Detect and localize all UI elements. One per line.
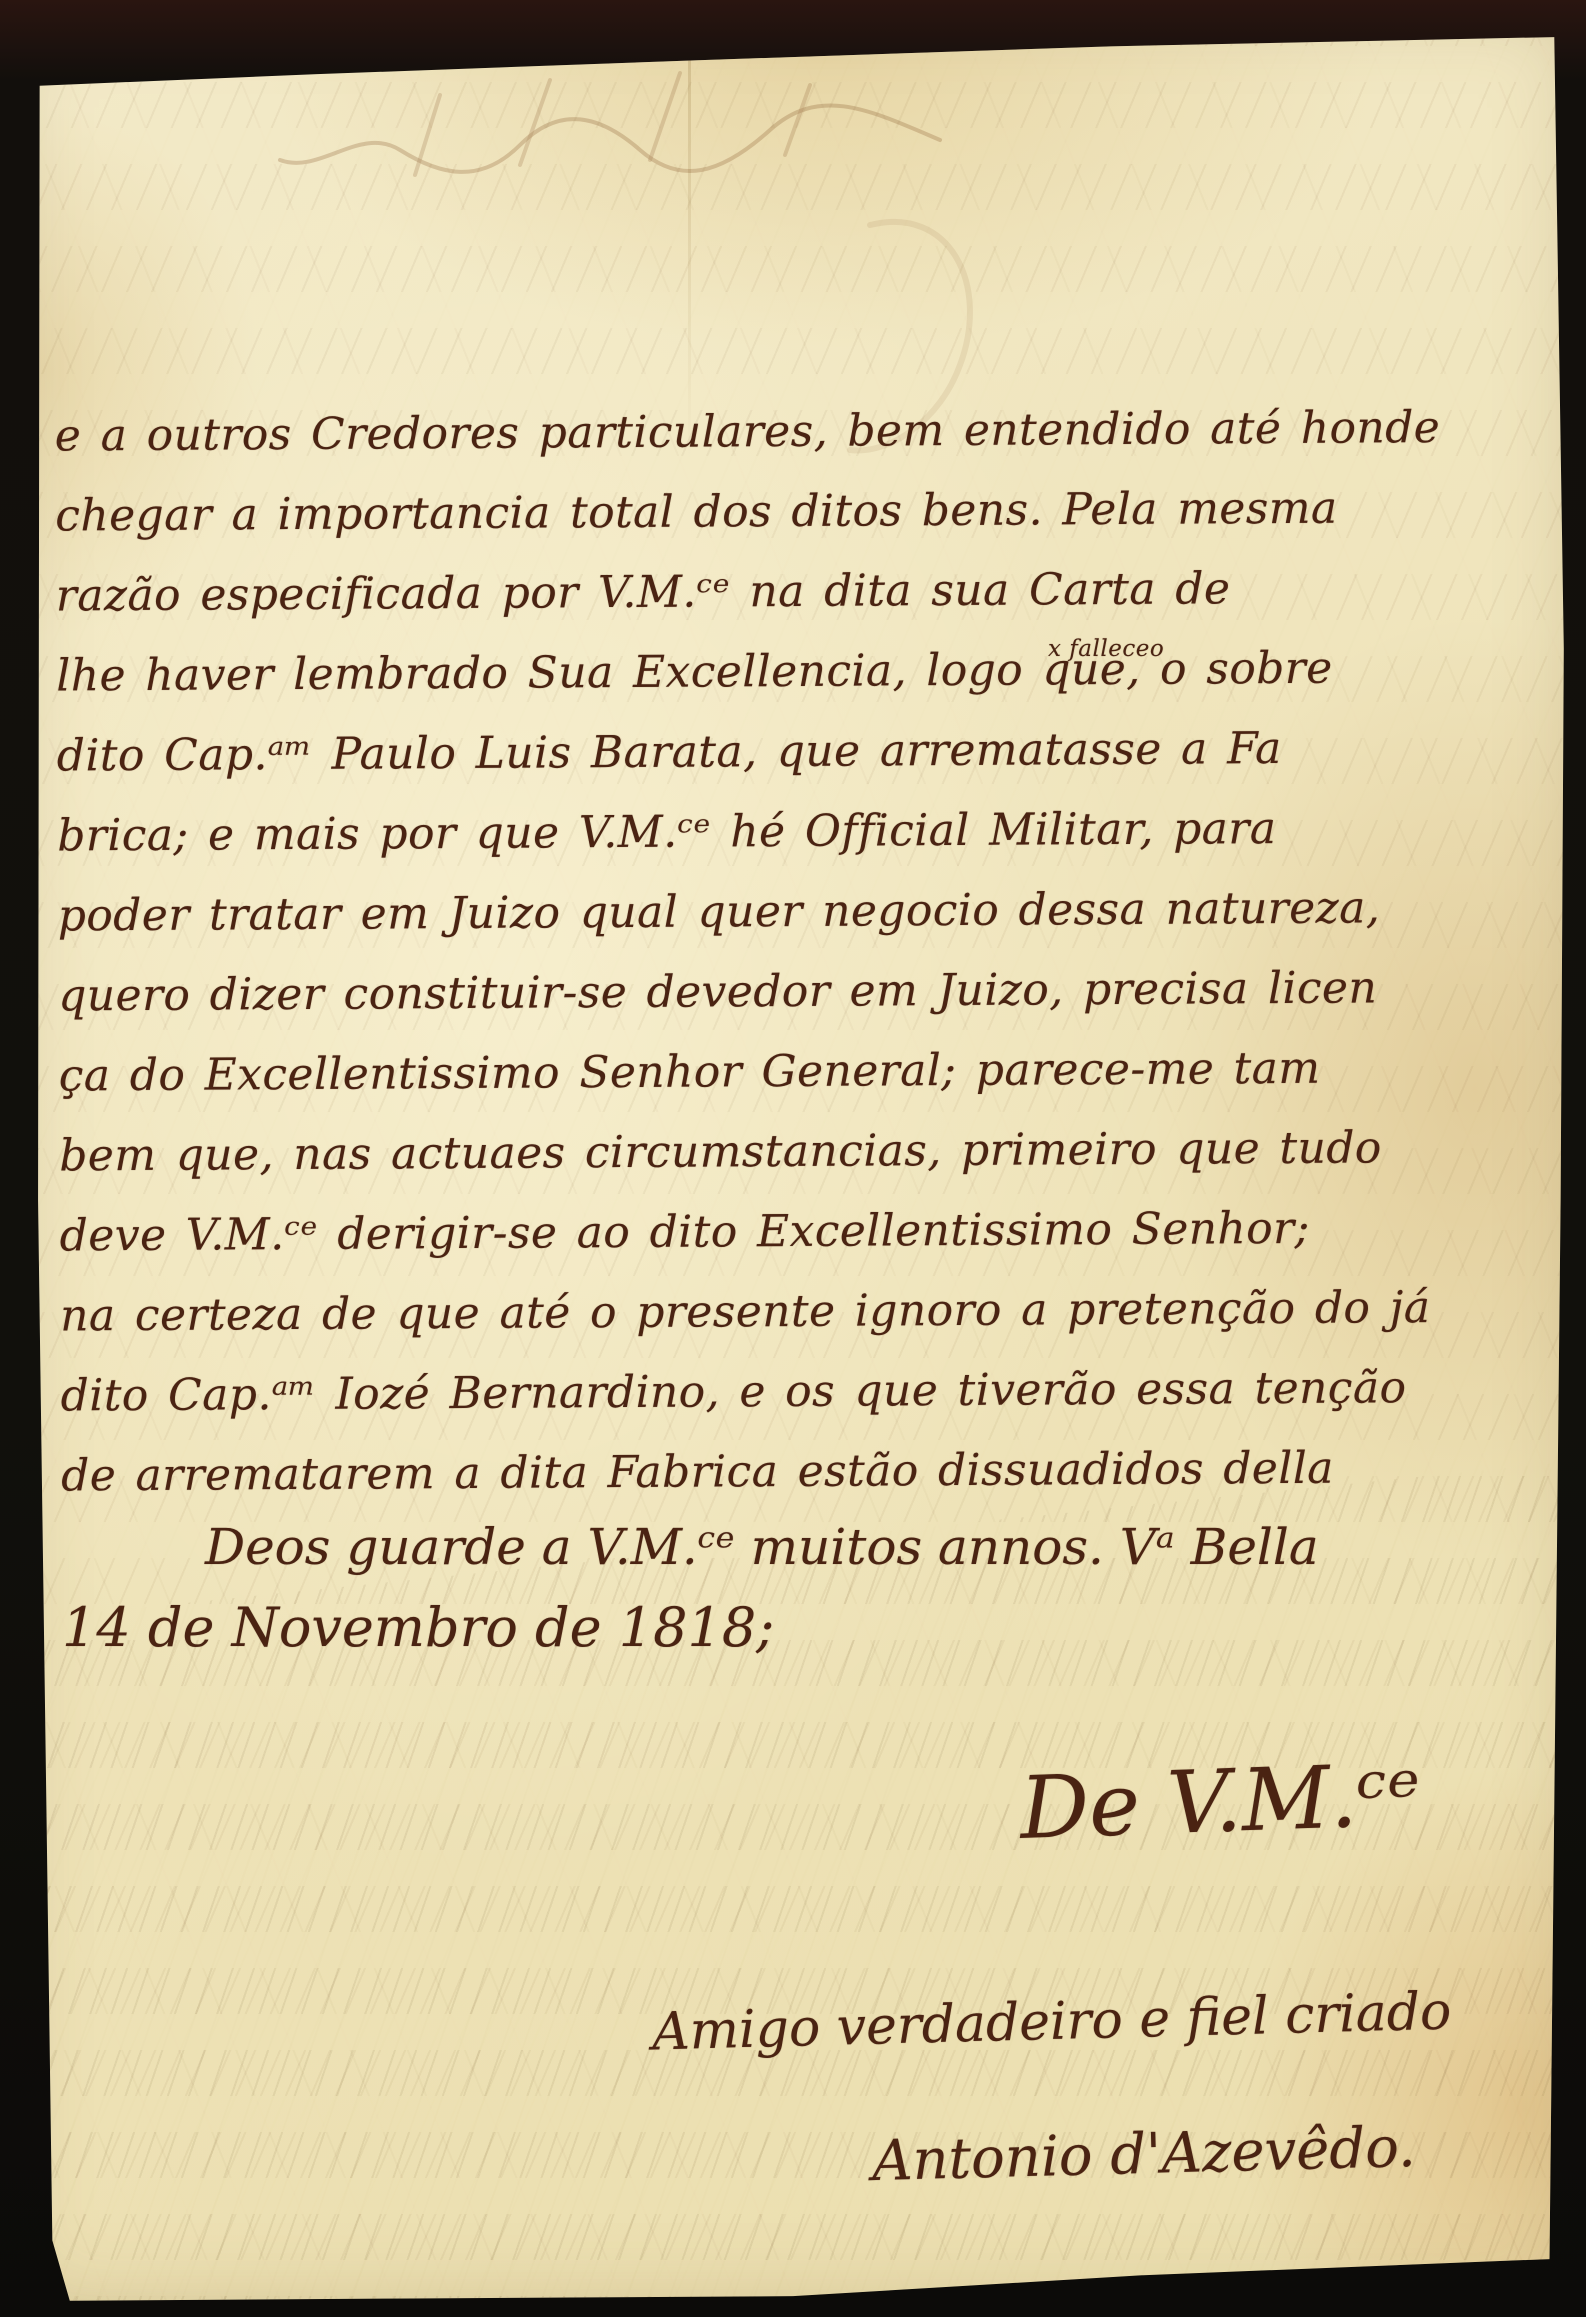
signature: Antonio d'Azevêdo. xyxy=(871,2115,1416,2194)
valediction-line: Deos guarde a V.M.ᶜᵉ muitos annos. Vᵃ Be… xyxy=(205,1518,1319,1576)
letter-line: na certeza de que até o presente ignoro … xyxy=(60,1268,1528,1357)
letter-body: e a outros Credores particulares, bem en… xyxy=(55,388,1530,1517)
letter-line: deve V.M.ᶜᵉ derigir-se ao dito Excellent… xyxy=(59,1188,1527,1277)
letter-line: chegar a importancia total dos ditos ben… xyxy=(55,468,1523,557)
letter-line: dito Cap.ᵃᵐ Iozé Bernardino, e os que ti… xyxy=(60,1348,1528,1437)
letter-line: brica; e mais por que V.M.ᶜᵉ hé Official… xyxy=(57,788,1525,877)
letter-line: bem que, nas actuaes circumstancias, pri… xyxy=(59,1108,1527,1197)
letter-line: poder tratar em Juizo qual quer negocio … xyxy=(58,868,1526,957)
closing-role-line: Amigo verdadeiro e fiel criado xyxy=(651,1982,1452,2063)
letter-line: dito Cap.ᵃᵐ Paulo Luis Barata, que arrem… xyxy=(57,708,1525,797)
date-line: 14 de Novembro de 1818; xyxy=(62,1596,774,1659)
letter-line: quero dizer constituir-se devedor em Jui… xyxy=(58,948,1526,1037)
letter-line: ça do Excellentissimo Senhor General; pa… xyxy=(59,1028,1527,1117)
interlinear-insertion: x falleceo xyxy=(1048,636,1164,662)
letter-line: razão especificada por V.M.ᶜᵉ na dita su… xyxy=(56,548,1524,637)
letter-line: lhe haver lembrado Sua Excellencia, logo… xyxy=(56,628,1524,717)
photo-backdrop: e a outros Credores particulares, bem en… xyxy=(0,0,1586,2317)
letter-line: e a outros Credores particulares, bem en… xyxy=(55,388,1523,477)
letter-line: de arrematarem a dita Fabrica estão diss… xyxy=(61,1428,1529,1517)
letter-paper: e a outros Credores particulares, bem en… xyxy=(0,0,1586,2317)
closing-salutation: De V.M.ᶜᵉ xyxy=(1018,1745,1422,1859)
